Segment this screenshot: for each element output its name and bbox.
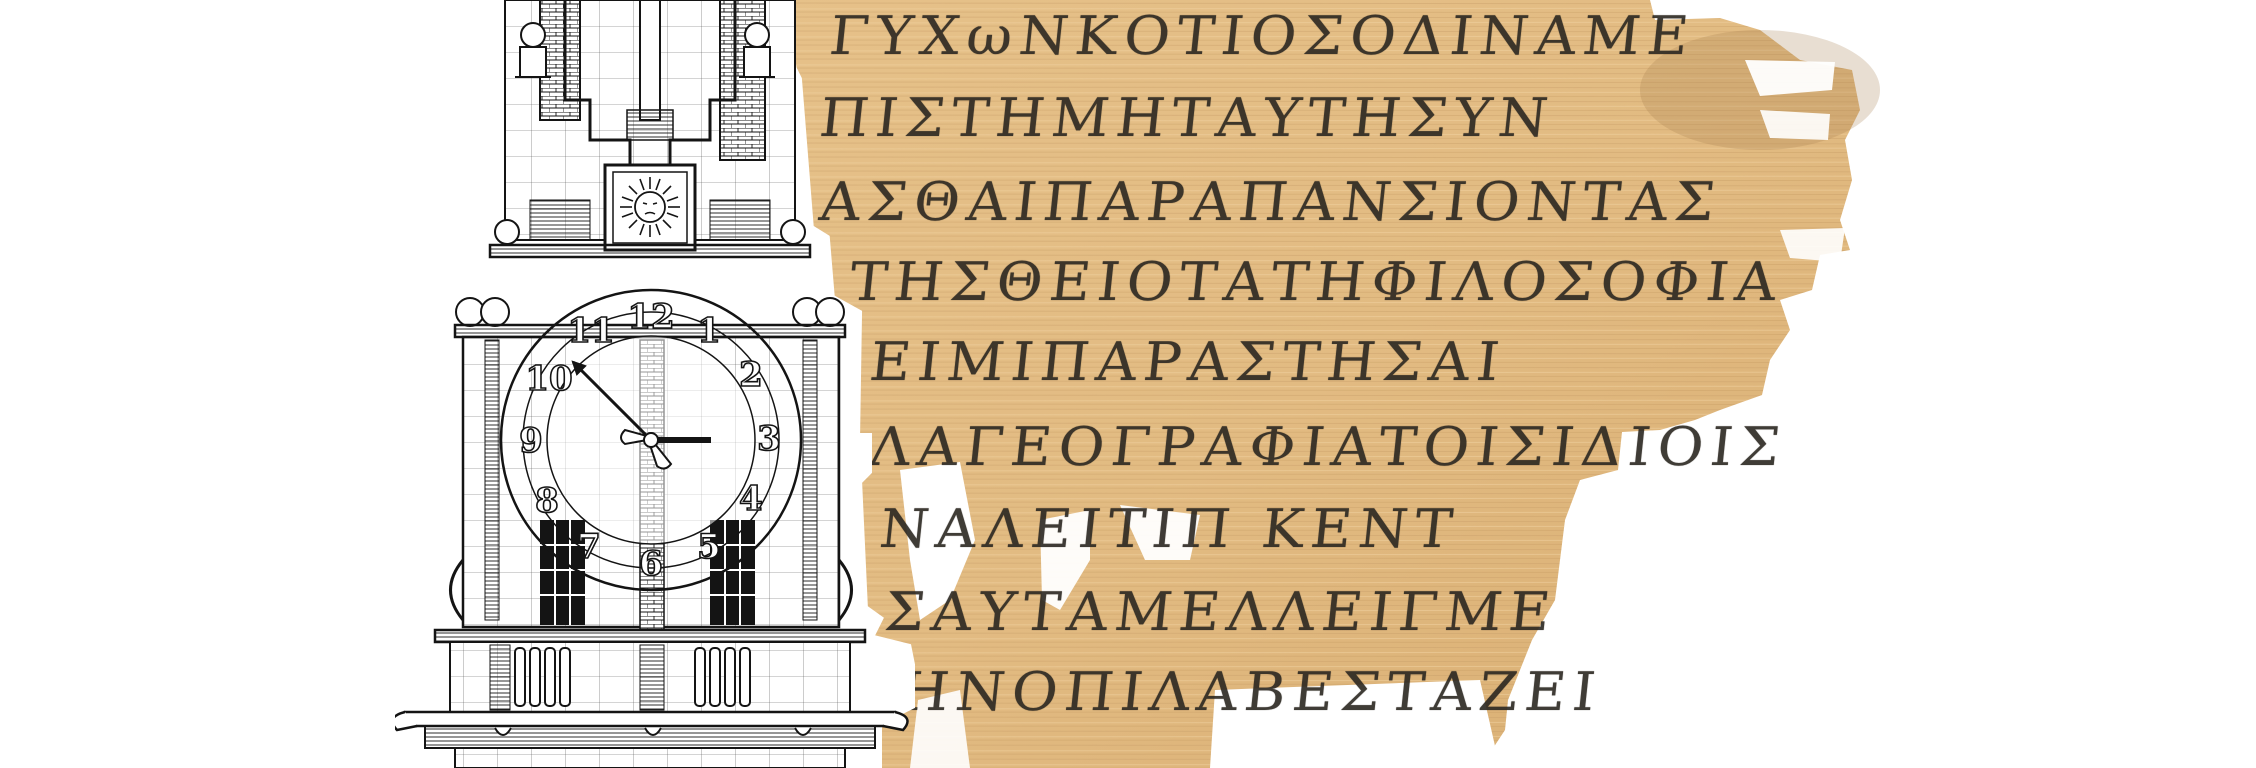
numeral-8: 8 [535, 481, 559, 521]
collage-banner: ΓΥΧωΝΚΟΤΙΟΣΟΔΙΝΑΜΕ ΠΙΣΤΗΜΗΤΑΥΤΗΣΥΝ ΑΣΘΑΙ… [0, 0, 2256, 768]
clock-tower-drawing: 12 1 2 3 4 5 6 7 8 9 10 11 [395, 0, 915, 768]
sun-face-icon [620, 177, 680, 237]
text-line-1: ΓΥΧωΝΚΟΤΙΟΣΟΔΙΝΑΜΕ [827, 6, 1699, 68]
numeral-3: 3 [757, 419, 781, 459]
numeral-10: 10 [525, 359, 572, 399]
numeral-1: 1 [697, 311, 721, 351]
numeral-4: 4 [739, 479, 763, 519]
numeral-9: 9 [519, 421, 543, 461]
text-line-6: ΛΑΓΕΟΓΡΑΦΙΑΤΟΙΣΙΔΙΟΙΣ [867, 417, 1790, 479]
text-line-8: ΣΑΥΤΑΜΕΛΛΕΙΓΜΕ [882, 582, 1560, 644]
numeral-12: 12 [627, 297, 674, 337]
text-line-2: ΠΙΣΤΗΜΗΤΑΥΤΗΣΥΝ [817, 88, 1558, 150]
greek-text-block: ΓΥΧωΝΚΟΤΙΟΣΟΔΙΝΑΜΕ ΠΙΣΤΗΜΗΤΑΥΤΗΣΥΝ ΑΣΘΑΙ… [820, 0, 2020, 768]
text-line-5: ΕΙΜΙΠΑΡΑΣΤΗΣΑΙ [867, 332, 1509, 394]
text-line-7: ΝΑΛΕΙΤΙΠ ΚΕΝΤ [877, 499, 1463, 561]
text-line-9: ΗΝΟΠΙΛΑΒΕΣΤΑΖΕΙ [897, 662, 1605, 724]
text-line-4: ΤΗΣΘΕΙΟΤΑΤΗΦΙΛΟΣΟΦΙΑ [847, 252, 1786, 314]
clock-tower-svg: 12 1 2 3 4 5 6 7 8 9 10 11 [395, 0, 915, 768]
numeral-2: 2 [739, 355, 763, 395]
text-line-3: ΑΣΘΑΙΠΑΡΑΠΑΝΣΙΟΝΤΑΣ [817, 172, 1725, 234]
numeral-6: 6 [639, 544, 663, 584]
numeral-7: 7 [577, 527, 601, 567]
numeral-5: 5 [697, 527, 721, 567]
numeral-11: 11 [567, 311, 614, 351]
papyrus-fragment: ΓΥΧωΝΚΟΤΙΟΣΟΔΙΝΑΜΕ ΠΙΣΤΗΜΗΤΑΥΤΗΣΥΝ ΑΣΘΑΙ… [760, 0, 2090, 768]
